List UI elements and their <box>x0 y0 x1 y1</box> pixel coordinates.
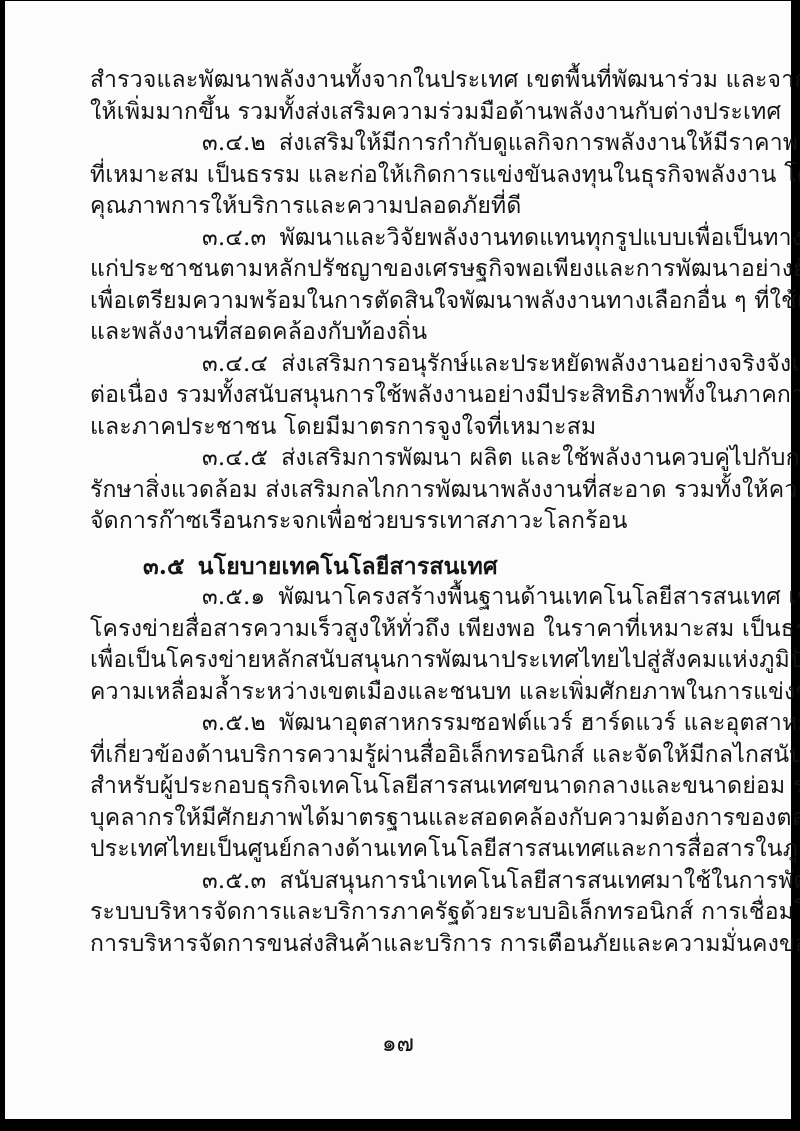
section-title: นโยบายเทคโนโลยีสารสนเทศ <box>198 553 498 580</box>
text-line: บุคลากรให้มีศักยภาพได้มาตรฐานและสอดคล้อง… <box>90 803 739 835</box>
clause-text: ส่งเสริมให้มีการกำกับดูแลกิจการพลังงานให… <box>279 130 800 156</box>
text-line: โครงข่ายสื่อสารความเร็วสูงให้ทั่วถึง เพี… <box>90 614 739 646</box>
clause-first-line: ๓.๔.๒ส่งเสริมให้มีการกำกับดูแลกิจการพลัง… <box>90 128 739 160</box>
section-heading: ๓.๕นโยบายเทคโนโลยีสารสนเทศ <box>90 551 739 583</box>
clause-number: ๓.๔.๒ <box>202 128 266 160</box>
text-line: ให้เพิ่มมากขึ้น รวมทั้งส่งเสริมความร่วมม… <box>90 97 739 129</box>
clause-first-line: ๓.๕.๓สนับสนุนการนำเทคโนโลยีสารสนเทศมาใช้… <box>90 866 739 898</box>
page-number: ๑๗ <box>5 1029 791 1061</box>
text-line: สำหรับผู้ประกอบธุรกิจเทคโนโลยีสารสนเทศขน… <box>90 771 739 803</box>
clause-first-line: ๓.๕.๒พัฒนาอุตสาหกรรมซอฟต์แวร์ ฮาร์ดแวร์ … <box>90 708 739 740</box>
clause-first-line: ๓.๔.๓พัฒนาและวิจัยพลังงานทดแทนทุกรูปแบบเ… <box>90 223 739 255</box>
text-line: คุณภาพการให้บริการและความปลอดภัยที่ดี <box>90 191 739 223</box>
text-line: และพลังงานที่สอดคล้องกับท้องถิ่น <box>90 317 739 349</box>
text-line: ประเทศไทยเป็นศูนย์กลางด้านเทคโนโลยีสารสน… <box>90 834 739 866</box>
clause-text: พัฒนาอุตสาหกรรมซอฟต์แวร์ ฮาร์ดแวร์ และอุ… <box>279 710 800 736</box>
clause-number: ๓.๔.๕ <box>202 443 268 475</box>
clause-text: สนับสนุนการนำเทคโนโลยีสารสนเทศมาใช้ในการ… <box>279 868 800 894</box>
clause-text: พัฒนาและวิจัยพลังงานทดแทนทุกรูปแบบเพื่อเ… <box>279 225 800 251</box>
text-line: เพื่อเป็นโครงข่ายหลักสนับสนุนการพัฒนาประ… <box>90 645 739 677</box>
clause-first-line: ๓.๔.๕ส่งเสริมการพัฒนา ผลิต และใช้พลังงาน… <box>90 443 739 475</box>
clause-number: ๓.๔.๓ <box>202 223 266 255</box>
section-number: ๓.๕ <box>143 551 185 583</box>
text-line: ระบบบริหารจัดการและบริการภาครัฐด้วยระบบอ… <box>90 897 739 929</box>
text-line: รักษาสิ่งแวดล้อม ส่งเสริมกลไกการพัฒนาพลั… <box>90 475 739 507</box>
clause-first-line: ๓.๕.๑พัฒนาโครงสร้างพื้นฐานด้านเทคโนโลยีส… <box>90 582 739 614</box>
text-line: การบริหารจัดการขนส่งสินค้าและบริการ การเ… <box>90 929 739 961</box>
text-line: และภาคประชาชน โดยมีมาตรการจูงใจที่เหมาะส… <box>90 412 739 444</box>
text-line: แก่ประชาชนตามหลักปรัชญาของเศรษฐกิจพอเพีย… <box>90 254 739 286</box>
text-line: ที่เหมาะสม เป็นธรรม และก่อให้เกิดการแข่ง… <box>90 160 739 192</box>
clause-number: ๓.๕.๑ <box>202 582 265 614</box>
text-line: ความเหลื่อมล้ำระหว่างเขตเมืองและชนบท และ… <box>90 677 739 709</box>
text-line: สำรวจและพัฒนาพลังงานทั้งจากในประเทศ เขตพ… <box>90 65 739 97</box>
clause-number: ๓.๕.๓ <box>202 866 266 898</box>
text-line: ที่เกี่ยวข้องด้านบริการความรู้ผ่านสื่ออิ… <box>90 740 739 772</box>
clause-number: ๓.๔.๔ <box>202 349 268 381</box>
clause-text: ส่งเสริมการอนุรักษ์และประหยัดพลังงานอย่า… <box>281 351 800 377</box>
text-line: เพื่อเตรียมความพร้อมในการตัดสินใจพัฒนาพล… <box>90 286 739 318</box>
text-line: จัดการก๊าซเรือนกระจกเพื่อช่วยบรรเทาสภาวะ… <box>90 506 739 538</box>
clause-first-line: ๓.๔.๔ส่งเสริมการอนุรักษ์และประหยัดพลังงา… <box>90 349 739 381</box>
text-line: ต่อเนื่อง รวมทั้งสนับสนุนการใช้พลังงานอย… <box>90 380 739 412</box>
clause-text: ส่งเสริมการพัฒนา ผลิต และใช้พลังงานควบคู… <box>281 445 800 471</box>
clause-number: ๓.๕.๒ <box>202 708 266 740</box>
document-page: สำรวจและพัฒนาพลังงานทั้งจากในประเทศ เขตพ… <box>5 1 791 1119</box>
page-body-text: สำรวจและพัฒนาพลังงานทั้งจากในประเทศ เขตพ… <box>90 65 739 960</box>
clause-text: พัฒนาโครงสร้างพื้นฐานด้านเทคโนโลยีสารสนเ… <box>278 584 800 610</box>
